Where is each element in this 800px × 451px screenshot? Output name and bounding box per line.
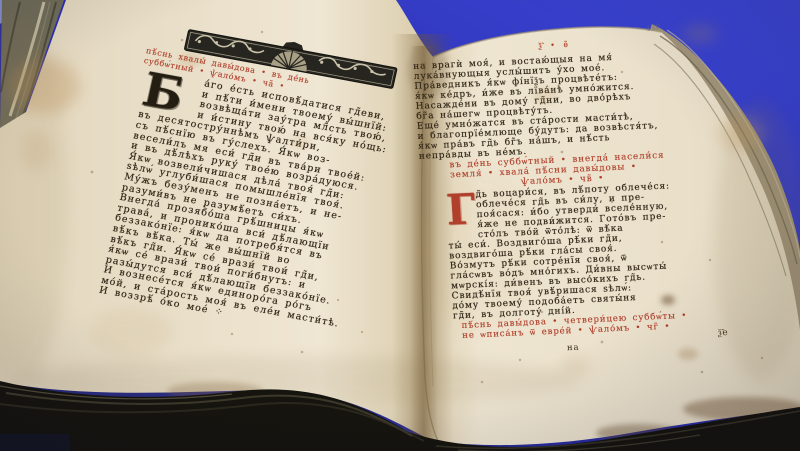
- psalm-91-continuation: на врагѝ моя́, и востаю́щыя на мя́лука́в…: [413, 50, 681, 162]
- ornate-initial-letter: Г: [445, 187, 478, 232]
- quire-signature-mark: на: [567, 343, 580, 354]
- old-psalter-photo: пѣ́снь хвалы́ давы́дова • въ де́нь суббѡ…: [0, 0, 800, 451]
- left-page-text-block: Б а́го е́сть исповѣ́датися гд̃еви,и пѣ́т…: [98, 69, 416, 346]
- psalm-92-lines: ты́ еси́. Воздвиго́ша рѣ́ки гд̃и,воздвиг…: [448, 231, 691, 322]
- psalm-92-text-block: Г д̃ь воцари́ся, въ лѣ́поту облече́ся:об…: [445, 181, 691, 322]
- right-page: ѯ̃ • ѳ̃ на врагѝ моя́, и востаю́щыя на м…: [434, 35, 694, 360]
- ornate-initial-letter: Б: [139, 66, 189, 118]
- folio-number: ѯ̃е: [718, 328, 729, 338]
